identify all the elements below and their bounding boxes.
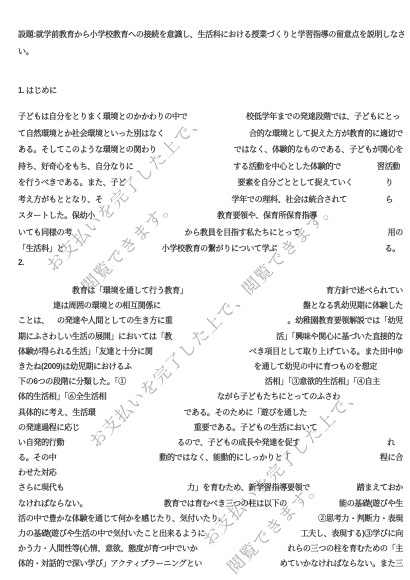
text-fragment: 体的・対話的で深い学び」アクティブラーニングとい xyxy=(18,559,202,568)
text-fragment: ②思考力・判断力・表現 xyxy=(318,511,403,526)
text-fragment: 教育では育むべき三つの柱は以下の xyxy=(164,496,287,511)
text-line: さらに現代も力」を育むため、新学習指導要領で踏まえておか xyxy=(18,480,403,495)
text-line: 子どもは自分をとりまく環境とのかかわりの中で校低学年までの発達段階では、子どもに… xyxy=(18,109,403,126)
text-fragment: さらに現代も xyxy=(18,483,64,492)
text-fragment: ら xyxy=(385,192,393,209)
prompt-line-1: 設題:就学前教育から小学校教育への接続を意識し、生活科における授業づくりと学習指… xyxy=(18,26,403,43)
text-line: 体験が得られる生活」「友達と十分に関べき項目として取り上げている。また田中ゆ xyxy=(18,344,403,359)
text-line: の発達過程に応じ重要である。子どもの生活において xyxy=(18,420,403,435)
text-line: きたね(2009)は幼児期におけるふを通して幼児の中に育つものを想定 xyxy=(18,359,403,374)
text-line: 持ち、好奇心をもち、自分なりにする活動を中心とした体験的で習活動 xyxy=(18,159,403,176)
text-fragment: 用の xyxy=(388,225,403,242)
text-fragment: 。幼稚園教育要領解説では「幼児 xyxy=(288,313,404,328)
text-line: 体的生活相」「⑥全生活相ながら子どもたちにとってのふさわ xyxy=(18,389,403,404)
text-fragment: 動的ではなく、能動的にしっかりと「 xyxy=(159,450,290,465)
text-fragment: 達は周囲の環境との相互関係に xyxy=(53,298,161,313)
section-1-body: 子どもは自分をとりまく環境とのかかわりの中で校低学年までの発達段階では、子どもに… xyxy=(18,109,403,258)
text-fragment: ある。そしてこのような環境との関わり xyxy=(18,145,157,154)
text-line: いても同様の考から教員を目指す私たちにとって用の xyxy=(18,225,403,242)
document-preview-page: お支払いを完了した上で、閲覧できます。お支払いを完了した上で、閲覧できます。お支… xyxy=(0,0,410,580)
text-fragment: 持ち、好奇心をもち、自分なりに xyxy=(18,162,134,171)
text-fragment: 校低学年までの発達段階では、子どもにとっ xyxy=(246,109,400,126)
text-fragment: 活の中で豊かな体験を通じて何かを感じたり、気付いたり. xyxy=(18,514,220,523)
text-line: スタートした。保幼小教育要領や、保育所保育指導 xyxy=(18,208,403,225)
section-2-heading: 2. xyxy=(18,254,403,271)
text-fragment: れ xyxy=(387,435,395,450)
prompt-line-2: い。 xyxy=(18,43,403,60)
text-fragment: 盤となる乳幼児期に体験した xyxy=(303,298,403,313)
text-fragment: 体験が得られる生活」「友達と十分に関 xyxy=(18,347,153,356)
text-fragment: 踏まえておか xyxy=(357,480,403,495)
text-fragment: 考え方がもととなり、そ xyxy=(18,195,103,204)
text-fragment: 子どもは自分をとりまく環境とのかかわりの中で xyxy=(18,112,187,121)
text-fragment: を行うべきである。また、子ど xyxy=(18,178,126,187)
text-fragment: るので、子どもの成長や発達を促す xyxy=(177,435,300,450)
text-fragment: 活」「興味や関心に基づいた直接的な xyxy=(276,329,403,344)
text-fragment: めていかなければならない。また三 xyxy=(280,556,403,571)
section-2-body: 教育は「環境を通して行う教育」育方針で述べられてい達は周囲の環境との相互関係に盤… xyxy=(18,283,403,572)
text-fragment: ながら子どもたちにとってのふさわ xyxy=(217,389,340,404)
text-line: なければならない。教育では育むべき三つの柱は以下の能の基礎(遊びや生 xyxy=(18,496,403,511)
text-fragment: から教員を目指す私たちにとって xyxy=(185,225,300,242)
text-fragment: を通して幼児の中に育つものを想定 xyxy=(254,359,377,374)
text-fragment: の発達や人間としての生き方に重 xyxy=(57,313,173,328)
text-fragment: 能の基礎(遊びや生 xyxy=(339,496,403,511)
text-fragment: 要素を自分ごととして捉えていく xyxy=(238,175,354,192)
text-fragment: 教育要領や、保育所保育指導 xyxy=(217,208,317,225)
text-fragment: 期にふさわしい生活の展開」においては「教 xyxy=(18,332,172,341)
assignment-prompt: 設題:就学前教育から小学校教育への接続を意識し、生活科における授業づくりと学習指… xyxy=(18,26,403,60)
text-line: 力の基礎(遊びや生活の中で気付いたこと出来るように工夫し、表現する)③学びに向 xyxy=(18,526,403,541)
text-line: ことは、の発達や人間としての生き方に重。幼稚園教育要領解説では「幼児 xyxy=(18,313,403,328)
text-line: 考え方がもととなり、そ学年での理科、社会は統合されてら xyxy=(18,192,403,209)
text-fragment: て自然環境とか社会環境といった別はなく xyxy=(18,129,164,138)
text-fragment: 合的な環境として捉えた方が教育的に適切で xyxy=(249,126,403,143)
text-fragment: ことは、 xyxy=(18,316,49,325)
text-line: を行うべきである。また、子ど要素を自分ごととして捉えていくり xyxy=(18,175,403,192)
text-fragment: る。その中 xyxy=(18,453,57,462)
text-fragment: スタートした。保幼小 xyxy=(18,211,95,220)
text-fragment: 重要である。子どもの生活において xyxy=(194,420,317,435)
text-fragment: なければならない。 xyxy=(18,499,87,508)
text-fragment: 体的生活相」「⑥全生活相 xyxy=(18,392,106,401)
text-fragment: 活相」「③意欲的生活相」「④自主 xyxy=(265,374,380,389)
text-line: 下の6つの段階に分類した。「①活相」「③意欲的生活相」「④自主 xyxy=(18,374,403,389)
text-fragment: いても同様の考 xyxy=(18,228,72,237)
text-fragment: 程に合 xyxy=(380,450,403,465)
text-fragment: の発達過程に応じ xyxy=(18,423,80,432)
text-fragment: 下の6つの段階に分類した。「① xyxy=(18,377,126,386)
section-1-heading: 1. はじめに xyxy=(18,82,403,99)
text-line: る。その中動的ではなく、能動的にしっかりと「程に合 xyxy=(18,450,403,465)
text-line: 具体的に考え、生活環である。そのために「遊びを通した xyxy=(18,405,403,420)
text-fragment: い自発的行動 xyxy=(18,438,64,447)
text-line: かう力・人間性等(心情、意欲、態度が育つ中でいかれらの三つの柱を育むための「主 xyxy=(18,541,403,556)
text-line: わせた対応 xyxy=(18,465,403,480)
text-fragment: ではなく、体験的なものである、子どもが関心を xyxy=(234,142,403,159)
text-fragment: べき項目として取り上げている。また田中ゆ xyxy=(249,344,403,359)
text-line: 活の中で豊かな体験を通じて何かを感じたり、気付いたり.②思考力・判断力・表現 xyxy=(18,511,403,526)
text-line: て自然環境とか社会環境といった別はなく合的な環境として捉えた方が教育的に適切で xyxy=(18,126,403,143)
text-fragment: 具体的に考え、生活環 xyxy=(18,408,95,417)
text-line: 期にふさわしい生活の展開」においては「教活」「興味や関心に基づいた直接的な xyxy=(18,329,403,344)
text-fragment: 習活動 xyxy=(377,159,400,176)
text-line: ある。そしてこのような環境との関わりではなく、体験的なものである、子どもが関心を xyxy=(18,142,403,159)
text-line: 達は周囲の環境との相互関係に盤となる乳幼児期に体験した xyxy=(18,298,403,313)
text-line: い自発的行動るので、子どもの成長や発達を促すれ xyxy=(18,435,403,450)
text-line: 体的・対話的で深い学び」アクティブラーニングといめていかなければならない。また三 xyxy=(18,556,403,571)
text-fragment: 「生活科」と xyxy=(18,244,64,253)
text-fragment: である。そのために「遊びを通した xyxy=(184,405,307,420)
text-fragment: かう力・人間性等(心情、意欲、態度が育つ中でいか xyxy=(18,544,197,553)
text-fragment: 力の基礎(遊びや生活の中で気付いたこと出来るように xyxy=(18,529,205,538)
text-fragment: 育方針で述べられてい xyxy=(326,283,403,298)
text-fragment: 力」を育むため、新学習指導要領で xyxy=(187,480,310,495)
text-fragment: わせた対応 xyxy=(18,468,57,477)
text-fragment: きたね(2009)は幼児期におけるふ xyxy=(18,362,132,371)
text-fragment: する活動を中心とした体験的で xyxy=(233,159,341,176)
text-fragment: 学年での理科、社会は統合されて xyxy=(232,192,348,209)
text-line: 教育は「環境を通して行う教育」育方針で述べられてい xyxy=(18,283,403,298)
text-fragment: 工夫し、表現する)③学びに向 xyxy=(301,526,403,541)
text-fragment: れらの三つの柱を育むための「主 xyxy=(288,541,404,556)
text-fragment: り xyxy=(385,175,393,192)
text-fragment: 教育は「環境を通して行う教育」 xyxy=(72,283,188,298)
